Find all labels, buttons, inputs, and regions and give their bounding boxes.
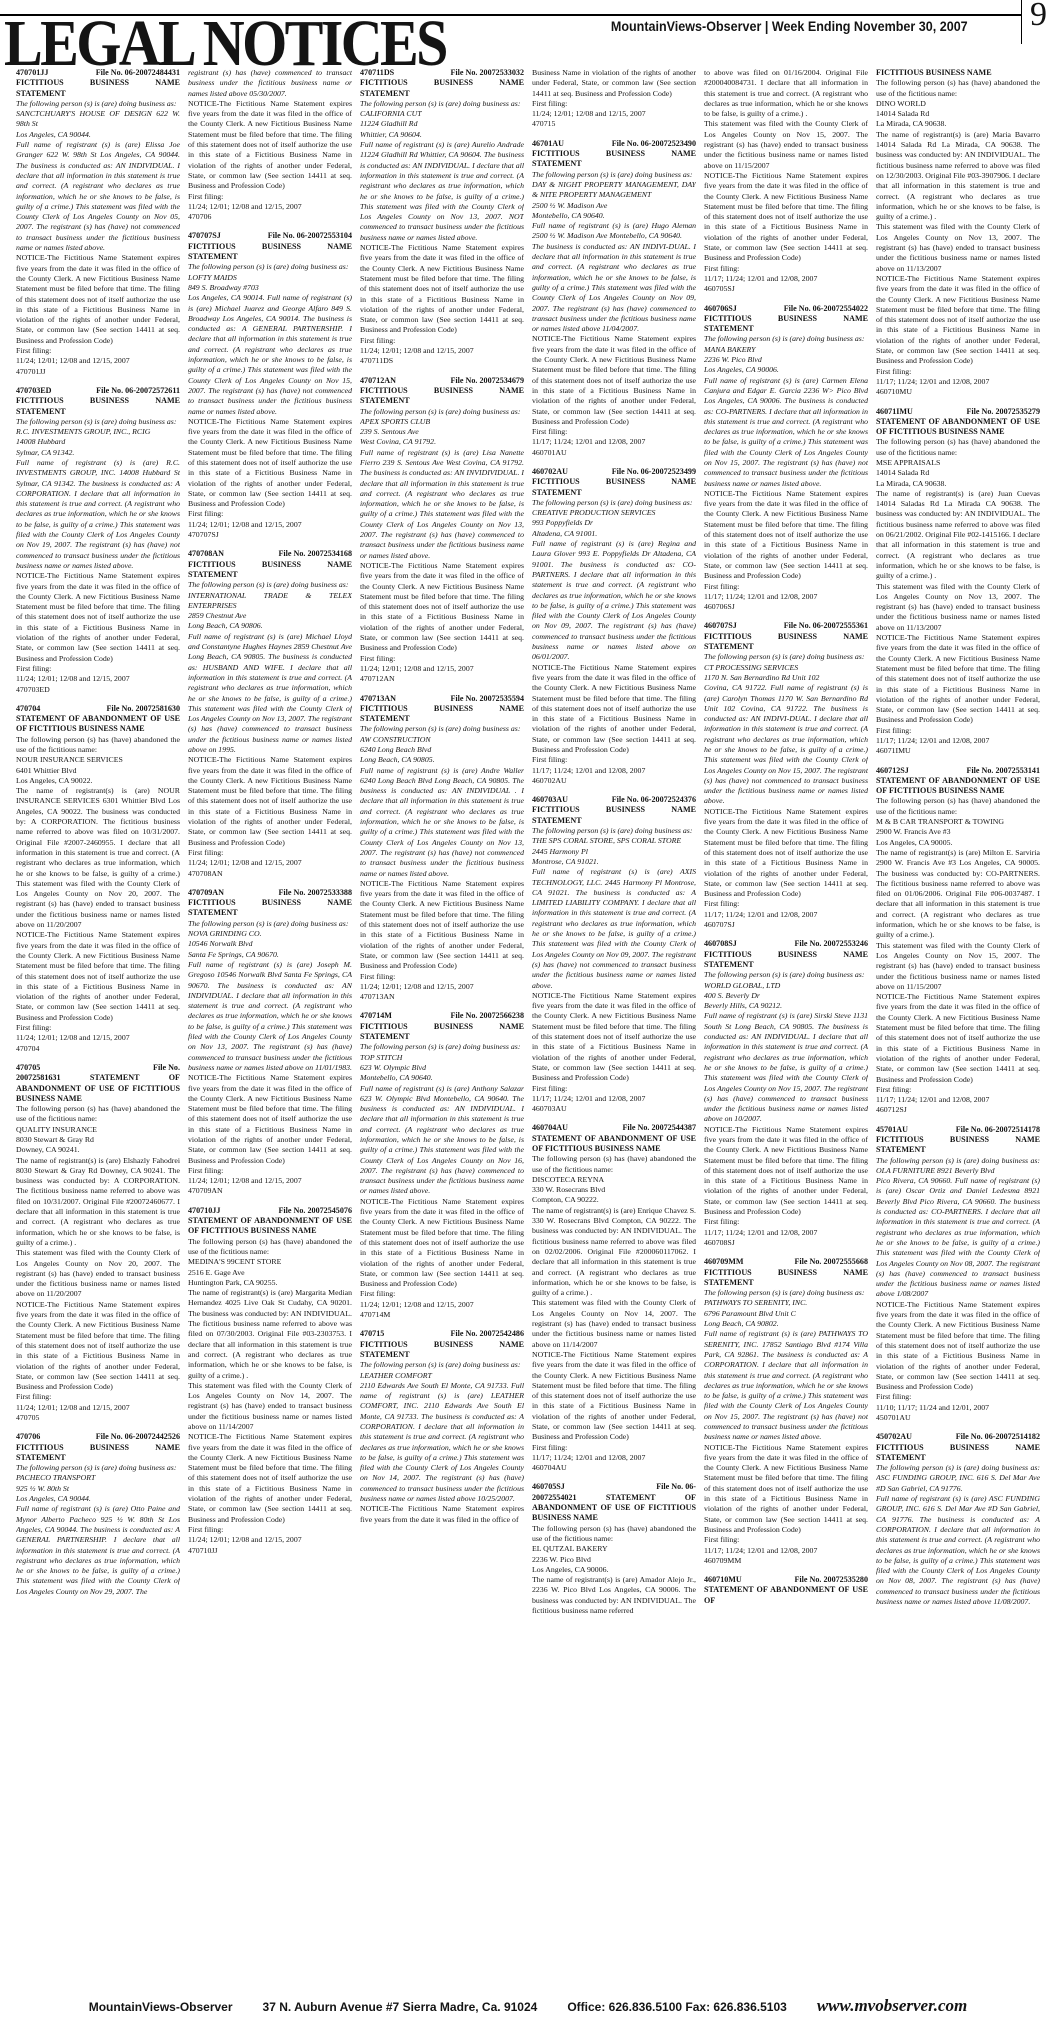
notice-paragraph: 460703AU — [532, 1104, 696, 1114]
notice-type-heading: FICTITIOUS BUSINESS NAME STATEMENT — [532, 477, 696, 498]
notice-paragraph: NOTICE-The Fictitious Name Statement exp… — [704, 1443, 868, 1536]
notice-paragraph: This statement was filed with the County… — [876, 582, 1040, 633]
notice-paragraph: Pico Rivera, CA 90660. Full name of regi… — [876, 1176, 1040, 1300]
notice-id-and-file-no: 460707SJFile No. 06-20072555361 — [704, 621, 868, 631]
notice-paragraph: Full name of registrant (s) is (are) And… — [360, 766, 524, 879]
notice-paragraph: NOTICE-The Fictitious Name Statement exp… — [360, 561, 524, 654]
notice-paragraph: LOFTY MAIDS — [188, 273, 352, 283]
notice-paragraph: Beverly Hills, CA 90212. — [704, 1001, 868, 1011]
notice-type-heading: FICTITIOUS BUSINESS NAME STATEMENT — [360, 1022, 524, 1043]
notice-file-no: File No. 06-20072523490 — [612, 139, 696, 149]
legal-notice: 470710JJFile No. 20072545076STATEMENT OF… — [188, 1206, 352, 1556]
notice-paragraph: First filing: — [704, 582, 868, 592]
notice-id: 460705SJ — [532, 1482, 565, 1492]
legal-notice: registrant (s) has (have) commenced to t… — [188, 68, 352, 222]
notice-paragraph: Full name of registrant (s) is (are) PAT… — [704, 1329, 868, 1442]
notice-id-and-file-no: 470704File No. 20072581630 — [16, 704, 180, 714]
notice-file-no: File No. 20072553246 — [794, 939, 868, 949]
legal-notice: 460707SJFile No. 06-20072555361FICTITIOU… — [704, 621, 868, 930]
notice-paragraph: NOUR INSURANCE SERVICES — [16, 755, 180, 765]
notice-paragraph: 470703ED — [16, 685, 180, 695]
notice-type-heading: FICTITIOUS BUSINESS NAME STATEMENT — [704, 1268, 868, 1289]
notice-paragraph: Full name of registrant (s) is (are) ASC… — [876, 1494, 1040, 1607]
notice-id: 470708AN — [188, 549, 224, 559]
notice-paragraph: 11/24; 12/01; 12/08 and 12/15, 2007 — [188, 1535, 352, 1545]
notice-paragraph: The following person (s) is (are) doing … — [360, 407, 524, 417]
notice-paragraph: Full name of registrant (s) is (are) Hug… — [532, 221, 696, 242]
notice-paragraph: The following person (s) is (are) doing … — [188, 262, 352, 272]
notice-paragraph: The following person (s) is (are) doing … — [704, 652, 868, 662]
footer-phones: Office: 626.836.5100 Fax: 626.836.5103 — [567, 2000, 787, 2014]
notice-file-no: File No. 20072533032 — [450, 68, 524, 78]
notice-id: 470711DS — [360, 68, 394, 78]
notice-paragraph: First filing: — [532, 755, 696, 765]
notice-id: 45701AU — [876, 1125, 908, 1135]
notice-paragraph: 14008 Hubbard — [16, 437, 180, 447]
notice-paragraph: 11/24; 12/01; 12/08 and 12/15, 2007 — [16, 1033, 180, 1043]
notice-file-no: File No. 20072535279 — [966, 407, 1040, 417]
legal-notice: Business Name in violation of the rights… — [532, 68, 696, 130]
notice-paragraph: NOTICE-The Fictitious Name Statement exp… — [704, 171, 868, 264]
notice-paragraph: 46071IMU — [876, 746, 1040, 756]
notice-paragraph: 460709MM — [704, 1556, 868, 1566]
notice-type-heading: FICTITIOUS BUSINESS NAME STATEMENT — [188, 898, 352, 919]
notice-paragraph: 6401 Whittier Blvd — [16, 766, 180, 776]
notice-paragraph: APEX SPORTS CLUB — [360, 417, 524, 427]
legal-notice: 470715File No. 20072542486FICTITIOUS BUS… — [360, 1329, 524, 1525]
notice-paragraph: The following person (s) is (are) doing … — [188, 919, 352, 929]
notice-id-and-file-no: 470701JJFile No. 06-20072484431 — [16, 68, 180, 78]
notice-paragraph: The name of registrant(s) is (are) Marga… — [188, 1288, 352, 1381]
notice-paragraph: 2516 E. Gage Ave — [188, 1268, 352, 1278]
notice-paragraph: Los Angeles, CA 90022. — [16, 776, 180, 786]
notice-paragraph: Los Angeles, CA 90044. — [16, 1494, 180, 1504]
notice-paragraph: 239 S. Sentous Ave — [360, 427, 524, 437]
notice-paragraph: The name of registrant(s) is (are) Maria… — [876, 130, 1040, 223]
notice-paragraph: 6240 Long Beach Blvd — [360, 745, 524, 755]
footer-website: www.mvobserver.com — [817, 1996, 967, 2016]
legal-notice: to above was filed on 01/16/2004. Origin… — [704, 68, 868, 295]
notice-paragraph: NOTICE-The Fictitious Name Statement exp… — [876, 274, 1040, 367]
notice-paragraph: 11/17; 11/24; 12/01 and 12/08, 2007 — [704, 1228, 868, 1238]
notice-paragraph: NOTICE-The Fictitious Name Statement exp… — [188, 417, 352, 510]
notice-paragraph: 460705SJ — [704, 284, 868, 294]
notice-paragraph: 11224 Gladhill Rd — [360, 119, 524, 129]
notice-id: 460712SJ — [876, 766, 909, 776]
notice-paragraph: THE SPS CORAL STORE, SPS CORAL STORE — [532, 836, 696, 846]
legal-notice: 460703AUFile No. 06-20072524376FICTITIOU… — [532, 795, 696, 1114]
notice-file-no: File No. 20072535594 — [450, 694, 524, 704]
notice-type-heading: FICTITIOUS BUSINESS NAME STATEMENT — [704, 632, 868, 653]
notice-paragraph: 2859 Chestnut Ave — [188, 611, 352, 621]
notice-id: 470712AN — [360, 376, 396, 386]
notice-paragraph: NOTICE-The Fictitious Name Statement exp… — [876, 992, 1040, 1085]
notice-paragraph: The business is conducted as: AN INDIVI-… — [532, 242, 696, 335]
notice-paragraph: 400 S. Beverly Dr — [704, 991, 868, 1001]
notice-paragraph: NOTICE-The Fictitious Name Statement exp… — [16, 1300, 180, 1393]
notice-paragraph: The following person (s) is (are) doing … — [16, 99, 180, 109]
notice-paragraph: The following person (s) is (are) doing … — [16, 1463, 180, 1473]
notice-type-heading: FICTITIOUS BUSINESS NAME STATEMENT — [188, 560, 352, 581]
notice-id-and-file-no: 460709MMFile No. 20072555668 — [704, 1257, 868, 1267]
legal-notice: 470703EDFile No. 06-20072572611FICTITIOU… — [16, 386, 180, 695]
notice-type-heading: FICTITIOUS BUSINESS NAME STATEMENT — [704, 314, 868, 335]
notice-paragraph: The following person (s) is (are) doing … — [16, 417, 180, 427]
notice-type-heading: FICTITIOUS BUSINESS NAME — [876, 68, 1040, 78]
notice-paragraph: NOTICE-The Fictitious Name Statement exp… — [360, 879, 524, 972]
notice-id: 460703AU — [532, 795, 568, 805]
notice-type-heading: 20072554021 STATEMENT OF ABANDONMENT OF … — [532, 1493, 696, 1524]
notice-paragraph: 10546 Norwalk Blvd — [188, 939, 352, 949]
notice-column-6: FICTITIOUS BUSINESS NAMEThe following pe… — [876, 68, 1040, 1994]
notice-paragraph: Montebello, CA 90640. — [532, 211, 696, 221]
notice-id-and-file-no: 470714MFile No. 20072566238 — [360, 1011, 524, 1021]
notice-type-heading: STATEMENT OF ABANDONMENT OF USE OF FICTI… — [532, 1134, 696, 1155]
notice-paragraph: NOTICE-The Fictitious Name Statement exp… — [188, 1432, 352, 1525]
notice-paragraph: 460702AU — [532, 776, 696, 786]
notice-paragraph: First filing: — [876, 367, 1040, 377]
notice-type-heading: FICTITIOUS BUSINESS NAME STATEMENT — [188, 242, 352, 263]
notice-paragraph: First filing: — [532, 427, 696, 437]
notice-paragraph: 11/17; 11/24; 12/01 and 12/08, 2007 — [532, 766, 696, 776]
notice-paragraph: 11/10; 11/17; 11/24 and 12/01, 2007 — [876, 1403, 1040, 1413]
notice-paragraph: First filing: — [188, 1525, 352, 1535]
notice-id-and-file-no: 45701AUFile No. 06-20072514178 — [876, 1125, 1040, 1135]
notice-paragraph: 470705 — [16, 1413, 180, 1423]
notice-paragraph: 1170 N. San Bernardino Rd Unit 102 — [704, 673, 868, 683]
notice-file-no: File No. 20072555668 — [794, 1257, 868, 1267]
notice-paragraph: NOTICE-The Fictitious Name Statement exp… — [188, 99, 352, 192]
notice-paragraph: NOTICE-The Fictitious Name Statement exp… — [704, 489, 868, 582]
notice-paragraph: 470709AN — [188, 1186, 352, 1196]
notice-paragraph: 470713AN — [360, 992, 524, 1002]
notice-paragraph: The following person (s) is (are) doing … — [360, 1360, 524, 1370]
notice-paragraph: First filing: — [360, 654, 524, 664]
notice-paragraph: The name of registrant(s) is (are) NOUR … — [16, 786, 180, 930]
legal-notice: 470705File No.20072581631 STATEMENT OF A… — [16, 1063, 180, 1423]
notice-paragraph: First filing: — [188, 192, 352, 202]
notice-file-no: File No. 06- — [656, 1482, 696, 1492]
notice-paragraph: 11/17; 11/24; 12/01 and 12/08, 2007 — [876, 1095, 1040, 1105]
notice-paragraph: West Covina, CA 91792. — [360, 437, 524, 447]
notice-id-and-file-no: 460703AUFile No. 06-20072524376 — [532, 795, 696, 805]
legal-notice: 450702AUFile No. 06-20072514182FICTITIOU… — [876, 1432, 1040, 1607]
notice-paragraph: The name of registrant(s) is (are) Enriq… — [532, 1206, 696, 1299]
notice-paragraph: 8030 Stewart & Gray Rd — [16, 1135, 180, 1145]
notice-paragraph: NOVA GRINDING CO. — [188, 929, 352, 939]
notice-type-heading: STATEMENT OF ABANDONMENT OF USE OF FICTI… — [188, 1216, 352, 1237]
notice-paragraph: DISCOTECA REYNA — [532, 1175, 696, 1185]
notice-id: 460704AU — [532, 1123, 568, 1133]
notice-paragraph: First filing: — [188, 1166, 352, 1176]
notice-paragraph: The following person (s) has (have) aban… — [188, 1237, 352, 1258]
legal-notice: 470707SJFile No. 06-20072553104FICTITIOU… — [188, 231, 352, 540]
notice-paragraph: NOTICE-The Fictitious Name Statement exp… — [360, 1197, 524, 1290]
notice-file-no: File No. 06-20072523499 — [612, 467, 696, 477]
notice-paragraph: Full name of registrant (s) is (are) AXI… — [532, 867, 696, 991]
notice-paragraph: 11/24; 12/01; 12/08 and 12/15, 2007 — [188, 520, 352, 530]
notice-paragraph: 470708AN — [188, 869, 352, 879]
notice-paragraph: First filing: — [704, 264, 868, 274]
notice-id: 470705 — [16, 1063, 40, 1073]
notice-paragraph: First filing: — [704, 899, 868, 909]
notice-paragraph: Full name of registrant (s) is (are) Ott… — [16, 1504, 180, 1597]
page-number: 9 — [1030, 0, 1047, 34]
notice-paragraph: 11/17; 11/24; 12/01 and 12/08, 2007 — [532, 1453, 696, 1463]
notice-type-heading: FICTITIOUS BUSINESS NAME STATEMENT — [360, 704, 524, 725]
notice-paragraph: Montebello, CA 90640. — [360, 1073, 524, 1083]
notice-id-and-file-no: 470708ANFile No. 20072534168 — [188, 549, 352, 559]
notice-id-and-file-no: 470710JJFile No. 20072545076 — [188, 1206, 352, 1216]
notice-type-heading: FICTITIOUS BUSINESS NAME STATEMENT — [532, 805, 696, 826]
notice-paragraph: NOTICE-The Fictitious Name Statement exp… — [532, 663, 696, 756]
notice-id-and-file-no: 450702AUFile No. 06-20072514182 — [876, 1432, 1040, 1442]
notice-file-no: File No. 20072545076 — [278, 1206, 352, 1216]
masthead: MountainViews-Observer | Week Ending Nov… — [611, 19, 968, 34]
notice-paragraph: 470712AN — [360, 674, 524, 684]
notice-paragraph: NOTICE-The Fictitious Name Statement exp… — [704, 1125, 868, 1218]
notice-paragraph: 11/24; 12/01; 12/08 and 12/15, 2007 — [532, 109, 696, 119]
legal-notice: 470709ANFile No. 20072533388FICTITIOUS B… — [188, 888, 352, 1197]
notice-type-heading: FICTITIOUS BUSINESS NAME STATEMENT — [876, 1443, 1040, 1464]
notice-id: 470715 — [360, 1329, 384, 1339]
notice-file-no: File No. 06-20072514182 — [956, 1432, 1040, 1442]
notice-file-no: File No. 20072544387 — [622, 1123, 696, 1133]
notice-paragraph: Full name of registrant (s) is (are) Jos… — [188, 960, 352, 1073]
notice-id-and-file-no: 470706File No. 06-20072442526 — [16, 1432, 180, 1442]
notice-paragraph: 11/17; 11/24; 12/01 and 12/08, 2007 — [532, 437, 696, 447]
notice-id: 460710MU — [704, 1575, 742, 1585]
notice-paragraph: The following person (s) has (have) aban… — [16, 1104, 180, 1125]
notice-paragraph: First filing: — [876, 1085, 1040, 1095]
page-number-divider — [1021, 0, 1022, 44]
notice-paragraph: This statement was filed with the County… — [532, 1298, 696, 1349]
notice-id: 460707SJ — [704, 621, 737, 631]
notice-id-and-file-no: 460710MUFile No. 20072535280 — [704, 1575, 868, 1585]
legal-notice: 46701AUFile No. 06-20072523490FICTITIOUS… — [532, 139, 696, 458]
legal-notice: 470706File No. 06-20072442526FICTITIOUS … — [16, 1432, 180, 1597]
legal-notice: 470712ANFile No. 20072534679FICTITIOUS B… — [360, 376, 524, 685]
notice-file-no: File No. 06-20072514178 — [956, 1125, 1040, 1135]
notice-paragraph: First filing: — [360, 1289, 524, 1299]
notice-paragraph: 470714M — [360, 1310, 524, 1320]
notice-paragraph: NOTICE-The Fictitious Name Statement exp… — [16, 930, 180, 1023]
notice-paragraph: Whittier, CA 90604. — [360, 130, 524, 140]
notice-id-and-file-no: 460708SJFile No. 20072553246 — [704, 939, 868, 949]
notice-paragraph: The following person (s) is (are) doing … — [360, 724, 524, 734]
notice-paragraph: to above was filed on 01/16/2004. Origin… — [704, 68, 868, 119]
notice-paragraph: NOTICE-The Fictitious Name Statement exp… — [876, 1300, 1040, 1393]
notice-paragraph: DAY & NIGHT PROPERTY MANAGEMENT, DAY & N… — [532, 180, 696, 201]
notice-id-and-file-no: 470715File No. 20072542486 — [360, 1329, 524, 1339]
notice-paragraph: First filing: — [16, 346, 180, 356]
notice-paragraph: 450701AU — [876, 1413, 1040, 1423]
notice-paragraph: NOTICE-The Fictitious Name Statement exp… — [360, 243, 524, 336]
notice-paragraph: First filing: — [876, 1392, 1040, 1402]
notice-paragraph: 470710JJ — [188, 1546, 352, 1556]
notice-paragraph: The following person (s) has (have) aban… — [532, 1524, 696, 1545]
notice-paragraph: La Mirada, CA 90638. — [876, 479, 1040, 489]
notice-id: 470707SJ — [188, 231, 221, 241]
notice-id-and-file-no: 470707SJFile No. 06-20072553104 — [188, 231, 352, 241]
notice-paragraph: 470715 — [532, 119, 696, 129]
notice-paragraph: QUALITY INSURANCE — [16, 1125, 180, 1135]
notice-paragraph: 11/17; 11/24; 12/01 and 12/08, 2007 — [876, 736, 1040, 746]
notice-id-and-file-no: 460705SJFile No. 06- — [532, 1482, 696, 1492]
notice-paragraph: 11/17; 11/24; 12/01 and 12/08, 2007 — [532, 1094, 696, 1104]
notice-paragraph: 11/24; 12/01; 12/08 and 12/15, 2007 — [16, 1403, 180, 1413]
legal-notice: 470714MFile No. 20072566238FICTITIOUS BU… — [360, 1011, 524, 1320]
notice-id-and-file-no: 460702AUFile No. 06-20072523499 — [532, 467, 696, 477]
notice-paragraph: 470711DS — [360, 356, 524, 366]
notice-paragraph: The following person (s) is (are) doing … — [704, 970, 868, 980]
notice-paragraph: First filing: — [876, 726, 1040, 736]
notice-file-no: File No. 06-20072572611 — [96, 386, 180, 396]
notice-paragraph: The name of registrant(s) is (are) Amado… — [532, 1575, 696, 1616]
legal-notice: 45701AUFile No. 06-20072514178FICTITIOUS… — [876, 1125, 1040, 1424]
notice-paragraph: DINO WORLD — [876, 99, 1040, 109]
notice-paragraph: This statement was filed with the County… — [876, 222, 1040, 273]
notice-paragraph: First filing: — [532, 1443, 696, 1453]
notice-paragraph: The name of registrant(s) is (are) Milto… — [876, 848, 1040, 941]
notice-paragraph: 11/24; 12/01; 12/08 and 12/15, 2007 — [188, 858, 352, 868]
notice-paragraph: 2110 Edwards Ave South El Monte, CA 9173… — [360, 1381, 524, 1505]
notice-paragraph: 11/24; 12/01; 12/08 and 12/15, 2007 — [360, 346, 524, 356]
notice-file-no: File No. 20072553141 — [966, 766, 1040, 776]
notice-paragraph: 11/17; 11/24; 12/01 and 12/08, 2007 — [704, 274, 868, 284]
notice-paragraph: The following person (s) has (have) aban… — [16, 735, 180, 756]
notice-file-no: File No. 06-20072442526 — [96, 1432, 180, 1442]
legal-notice: FICTITIOUS BUSINESS NAMEThe following pe… — [876, 68, 1040, 398]
notice-paragraph: PACHECO TRANSPORT — [16, 1473, 180, 1483]
notice-paragraph: registrant (s) has (have) commenced to t… — [188, 68, 352, 99]
notice-paragraph: 849 S. Broadway #703 — [188, 283, 352, 293]
legal-notice: 460706SJFile No. 06-20072554022FICTITIOU… — [704, 304, 868, 613]
notice-paragraph: The following person (s) is (are) doing … — [532, 826, 696, 836]
notice-type-heading: FICTITIOUS BUSINESS NAME STATEMENT — [704, 950, 868, 971]
notice-paragraph: MSE APPRAISALS — [876, 458, 1040, 468]
notice-paragraph: LEATHER COMFORT — [360, 1371, 524, 1381]
notice-paragraph: 470706 — [188, 212, 352, 222]
notice-type-heading: FICTITIOUS BUSINESS NAME STATEMENT — [876, 1135, 1040, 1156]
notice-paragraph: 2236 W. Pico Blvd — [532, 1555, 696, 1565]
notice-file-no: File No. 20072581630 — [106, 704, 180, 714]
notice-paragraph: 460701AU — [532, 448, 696, 458]
notice-paragraph: 925 ½ W. 80th St — [16, 1484, 180, 1494]
notice-paragraph: 330 W. Rosecrans Blvd — [532, 1185, 696, 1195]
notice-id-and-file-no: 460704AUFile No. 20072544387 — [532, 1123, 696, 1133]
notice-paragraph: The name of registrant(s) is (are) Juan … — [876, 489, 1040, 582]
notice-paragraph: MEDINA'S 99CENT STORE — [188, 1257, 352, 1267]
notice-paragraph: Full name of registrant (s) is (are) Aur… — [360, 140, 524, 243]
notice-paragraph: NOTICE-The Fictitious Name Statement exp… — [188, 1073, 352, 1166]
legal-notice: 470708ANFile No. 20072534168FICTITIOUS B… — [188, 549, 352, 879]
notice-paragraph: NOTICE-The Fictitious Name Statement exp… — [532, 1350, 696, 1443]
notice-paragraph: R.C. INVESTMENTS GROUP, INC., RCIG — [16, 427, 180, 437]
notice-id-and-file-no: 470712ANFile No. 20072534679 — [360, 376, 524, 386]
notice-paragraph: The following person (s) is (are) doing … — [188, 580, 352, 590]
notice-id: 450702AU — [876, 1432, 912, 1442]
notice-paragraph: The following person (s) is (are) doing … — [704, 1288, 868, 1298]
footer-address: 37 N. Auburn Avenue #7 Sierra Madre, Ca.… — [263, 2000, 538, 2014]
footer: MountainViews-Observer 37 N. Auburn Aven… — [0, 1996, 1056, 2016]
legal-notice: 460712SJFile No. 20072553141STATEMENT OF… — [876, 766, 1040, 1116]
notice-paragraph: M & B CAR TRANSPORT & TOWING — [876, 817, 1040, 827]
notice-file-no: File No. 06-20072555361 — [784, 621, 868, 631]
notice-paragraph: 2445 Harmony Pl — [532, 847, 696, 857]
notice-id: 470713AN — [360, 694, 396, 704]
legal-notice: 460710MUFile No. 20072535280STATEMENT OF… — [704, 1575, 868, 1606]
notice-file-no: File No. 20072535280 — [794, 1575, 868, 1585]
notice-paragraph: Full name of registrant (s) is (are) Mic… — [188, 632, 352, 756]
notice-paragraph: 11/17; 11/24; 12/01 and 12/08, 2007 — [704, 1546, 868, 1556]
notice-paragraph: Los Angeles, CA 90006. — [532, 1565, 696, 1575]
notice-paragraph: 470707SJ — [188, 530, 352, 540]
notice-id-and-file-no: 46071IMUFile No. 20072535279 — [876, 407, 1040, 417]
notice-file-no: File No. 06-20072554022 — [784, 304, 868, 314]
notice-paragraph: The following person (s) is (are) doing … — [876, 1463, 1040, 1494]
notice-type-heading: FICTITIOUS BUSINESS NAME STATEMENT — [532, 149, 696, 170]
notice-paragraph: The following person (s) is (are) doing … — [532, 498, 696, 508]
notice-column-2: registrant (s) has (have) commenced to t… — [188, 68, 352, 1994]
notice-id: 460708SJ — [704, 939, 737, 949]
notice-paragraph: Altadena, CA 91001. — [532, 529, 696, 539]
notice-paragraph: Downey, CA 90241. — [16, 1145, 180, 1155]
notice-paragraph: First filing: — [704, 1535, 868, 1545]
notice-paragraph: Long Beach, CA 90802. — [704, 1319, 868, 1329]
notice-type-heading: STATEMENT OF ABANDONMENT OF USE OF FICTI… — [876, 417, 1040, 438]
notice-paragraph: First filing: — [188, 848, 352, 858]
notice-paragraph: AW CONSTRUCTION — [360, 735, 524, 745]
notice-paragraph: This statement was filed with the County… — [16, 1248, 180, 1299]
notice-paragraph: First filing: — [188, 509, 352, 519]
notice-paragraph: NOTICE-The Fictitious Name Statement exp… — [704, 807, 868, 900]
notice-paragraph: CT PROCESSING SERVICES — [704, 663, 868, 673]
notice-paragraph: 623 W. Olympic Blvd — [360, 1063, 524, 1073]
notice-paragraph: 460704AU — [532, 1463, 696, 1473]
notice-paragraph: Full name of registrant (s) is (are) Ant… — [360, 1084, 524, 1197]
notice-paragraph: EL QUTZAL BAKERY — [532, 1544, 696, 1554]
notice-file-no: File No. 20072533388 — [278, 888, 352, 898]
notice-id-and-file-no: 470711DSFile No. 20072533032 — [360, 68, 524, 78]
notice-paragraph: Los Angeles, CA 90014. Full name of regi… — [188, 293, 352, 417]
footer-paper-name: MountainViews-Observer — [89, 2000, 233, 2014]
notice-paragraph: NOTICE-The Fictitious Name Statement exp… — [360, 1504, 524, 1525]
notice-file-no: File No. 06-20072553104 — [268, 231, 352, 241]
notice-type-heading: FICTITIOUS BUSINESS NAME STATEMENT — [16, 78, 180, 99]
notice-paragraph: 2236 W. Pico Blvd — [704, 355, 868, 365]
legal-notice: 460702AUFile No. 06-20072523499FICTITIOU… — [532, 467, 696, 786]
notice-id: 470706 — [16, 1432, 40, 1442]
legal-notice: 470704File No. 20072581630STATEMENT OF A… — [16, 704, 180, 1054]
notice-paragraph: Full name of registrant (s) is (are) Reg… — [532, 539, 696, 663]
notice-id: 470703ED — [16, 386, 52, 396]
notice-paragraph: 6796 Paramount Blvd Unit C — [704, 1309, 868, 1319]
notice-paragraph: NOTICE-The Fictitious Name Statement exp… — [16, 253, 180, 346]
notice-file-no: File No. 20072534168 — [278, 549, 352, 559]
notice-paragraph: TOP STITCH — [360, 1053, 524, 1063]
notice-paragraph: Huntington Park, CA 90255. — [188, 1278, 352, 1288]
notice-id: 460702AU — [532, 467, 568, 477]
notice-id-and-file-no: 470703EDFile No. 06-20072572611 — [16, 386, 180, 396]
notice-paragraph: Montrose, CA 91021. — [532, 857, 696, 867]
notice-type-heading: FICTITIOUS BUSINESS NAME STATEMENT — [16, 396, 180, 417]
notice-paragraph: Santa Fe Springs, CA 90670. — [188, 950, 352, 960]
notice-paragraph: 11/17; 11/24; 12/01 and 12/08, 2007 — [876, 377, 1040, 387]
notice-paragraph: First filing: — [16, 664, 180, 674]
notice-paragraph: First filing: — [360, 336, 524, 346]
notice-file-no: File No. — [153, 1063, 180, 1073]
